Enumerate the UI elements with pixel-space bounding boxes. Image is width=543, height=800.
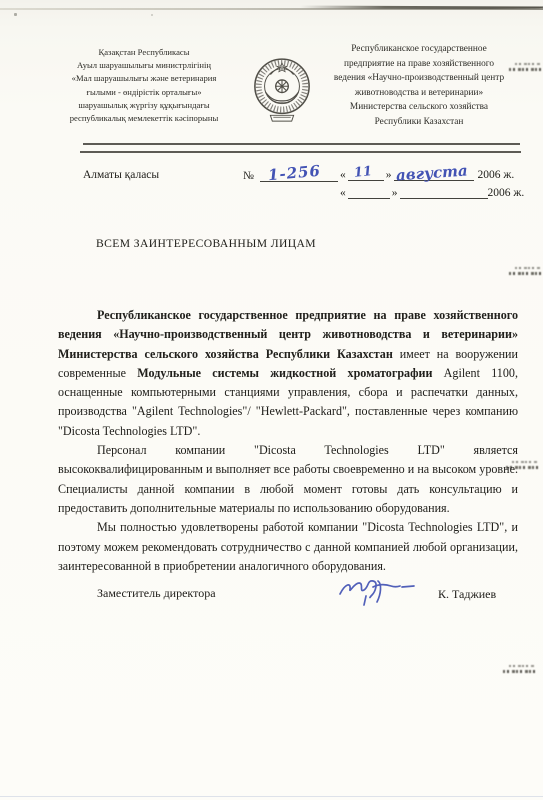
org-name-russian: Республиканское государственное предприя… (324, 42, 514, 130)
number-value-handwritten: 1-256 (267, 162, 321, 185)
city-label: Алматы қаласы (83, 169, 159, 181)
date-line-1: «11»августа2006 ж. (340, 168, 520, 186)
paragraph-1: Республиканское государственное предприя… (58, 306, 518, 441)
kazakhstan-coat-of-arms-icon (251, 53, 313, 135)
close-quote: » (392, 187, 398, 199)
paragraph-3: Мы полностью удовлетворены работой компа… (58, 518, 518, 576)
signatory-title: Заместитель директора (97, 586, 216, 601)
scan-edge-bottom (0, 796, 543, 797)
paragraph-1-bold-run: Модульные системы жидкостной хроматограф… (137, 366, 432, 380)
scan-artifact-mark (509, 267, 541, 278)
header-divider-line (83, 143, 520, 145)
day-blank-line: 11 (348, 168, 384, 181)
year-text: 2006 ж. (488, 187, 525, 199)
day-handwritten: 11 (353, 164, 373, 181)
scan-artifact-mark (503, 665, 535, 676)
month-blank-line: августа (394, 168, 474, 181)
number-label: № (243, 170, 254, 182)
open-quote: « (340, 169, 346, 181)
open-quote: « (340, 187, 346, 199)
month-blank-line (400, 186, 488, 199)
handwritten-signature-icon (336, 572, 424, 608)
org-name-kazakh: Қазақстан Республикасы Ауыл шаруашылығы … (48, 46, 240, 125)
document-number: №1-256 (243, 169, 338, 182)
letter-body: Республиканское государственное предприя… (58, 306, 518, 576)
year-text: 2006 ж. (478, 169, 515, 181)
scan-speck (14, 13, 17, 16)
salutation-heading: ВСЕМ ЗАИНТЕРЕСОВАННЫМ ЛИЦАМ (96, 237, 316, 250)
month-handwritten: августа (395, 162, 468, 185)
scan-speck (151, 14, 153, 16)
signatory-name: К. Таджиев (438, 587, 496, 602)
date-block: «11»августа2006 ж. «»2006 ж. (340, 168, 520, 204)
header-divider-line (80, 151, 521, 153)
number-blank-line: 1-256 (260, 169, 338, 182)
scanned-letter-page: Қазақстан Республикасы Ауыл шаруашылығы … (0, 0, 543, 800)
day-blank-line (348, 186, 390, 199)
close-quote: » (386, 169, 392, 181)
date-line-2: «»2006 ж. (340, 186, 520, 204)
paragraph-2: Персонал компании "Dicosta Technologies … (58, 441, 518, 518)
